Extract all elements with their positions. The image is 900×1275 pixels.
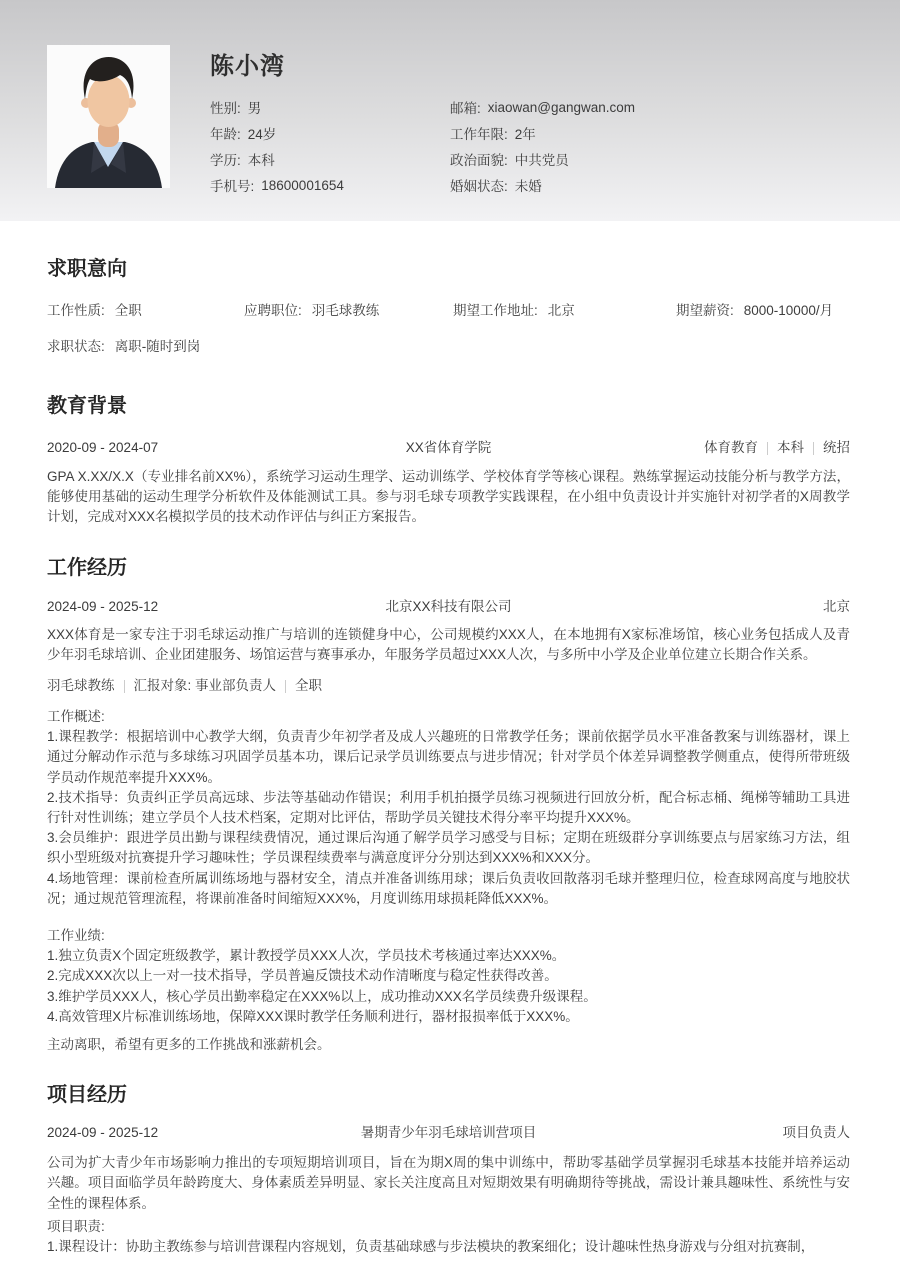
resume-page: 陈小湾 性别: 男 年龄: 24岁 学历: 本科 手机号: 1860000165…: [0, 0, 900, 1275]
education-period: 2020-09 - 2024-07: [47, 438, 406, 458]
work-overview: 工作概述: 1.课程教学：根据培训中心教学大纲，负责青少年初学者及成人兴趣班的日…: [47, 707, 850, 909]
education-degree: 本科: [777, 438, 804, 458]
field-value: 北京: [548, 301, 575, 321]
field-label: 求职状态:: [47, 337, 105, 357]
work-report-to: 汇报对象: 事业部负责人: [134, 676, 277, 696]
field-label: 婚姻状态:: [450, 175, 508, 195]
divider: [813, 442, 814, 455]
project-role: 项目负责人: [536, 1123, 850, 1143]
intent-field-position: 应聘职位: 羽毛球教练: [244, 301, 453, 321]
field-value: 18600001654: [261, 178, 344, 193]
project-period: 2024-09 - 2025-12: [47, 1123, 361, 1143]
work-employment-type: 全职: [295, 676, 322, 696]
field-value: 离职-随时到岗: [115, 337, 201, 357]
section-title-work: 工作经历: [47, 555, 850, 582]
info-field-experience-years: 工作年限: 2年: [450, 120, 850, 146]
field-label: 期望薪资:: [676, 301, 734, 321]
field-label: 政治面貌:: [450, 149, 508, 169]
candidate-name: 陈小湾: [210, 52, 850, 81]
work-leaving-reason: 主动离职，希望有更多的工作挑战和涨薪机会。: [47, 1035, 850, 1055]
field-label: 性别:: [210, 97, 241, 117]
field-value: 24岁: [248, 123, 277, 143]
education-school: XX省体育学院: [406, 438, 492, 458]
section-title-education: 教育背景: [47, 393, 850, 420]
info-field-marital-status: 婚姻状态: 未婚: [450, 172, 850, 198]
personal-info-grid: 性别: 男 年龄: 24岁 学历: 本科 手机号: 18600001654 邮箱…: [210, 94, 850, 198]
field-value: 羽毛球教练: [312, 301, 380, 321]
project-entry-row: 2024-09 - 2025-12 暑期青少年羽毛球培训营项目 项目负责人: [47, 1123, 850, 1143]
intent-field-job-type: 工作性质: 全职: [47, 301, 244, 321]
field-label: 年龄:: [210, 123, 241, 143]
info-field-degree: 学历: 本科: [210, 146, 450, 172]
field-label: 工作性质:: [47, 301, 105, 321]
intent-field-status: 求职状态: 离职-随时到岗: [47, 337, 850, 357]
field-value: 未婚: [515, 175, 542, 195]
field-value: 2年: [515, 123, 536, 143]
work-position-row: 羽毛球教练 汇报对象: 事业部负责人 全职: [47, 676, 850, 696]
info-field-political-status: 政治面貌: 中共党员: [450, 146, 850, 172]
field-value: 男: [248, 97, 262, 117]
work-entry-row: 2024-09 - 2025-12 北京XX科技有限公司 北京: [47, 597, 850, 617]
project-intro: 公司为扩大青少年市场影响力推出的专项短期培训项目，旨在为期X周的集中训练中，帮助…: [47, 1153, 850, 1214]
info-field-phone: 手机号: 18600001654: [210, 172, 450, 198]
field-label: 手机号:: [210, 175, 254, 195]
resume-body: 求职意向 工作性质: 全职 应聘职位: 羽毛球教练 期望工作地址: 北京 期望薪…: [0, 256, 900, 1257]
education-major: 体育教育: [704, 438, 758, 458]
field-value: 全职: [115, 301, 142, 321]
field-value: 本科: [248, 149, 275, 169]
work-period: 2024-09 - 2025-12: [47, 597, 385, 617]
section-job-intent: 求职意向 工作性质: 全职 应聘职位: 羽毛球教练 期望工作地址: 北京 期望薪…: [47, 256, 850, 357]
field-value: xiaowan@gangwan.com: [488, 100, 635, 115]
section-work-experience: 工作经历 2024-09 - 2025-12 北京XX科技有限公司 北京 XXX…: [47, 555, 850, 1056]
field-label: 工作年限:: [450, 123, 508, 143]
section-education: 教育背景 2020-09 - 2024-07 XX省体育学院 体育教育 本科 统…: [47, 393, 850, 528]
section-title-job-intent: 求职意向: [47, 256, 850, 283]
education-description: GPA X.XX/X.X（专业排名前XX%），系统学习运动生理学、运动训练学、学…: [47, 467, 850, 528]
education-enrollment-type: 统招: [823, 438, 850, 458]
field-label: 学历:: [210, 149, 241, 169]
field-value: 中共党员: [515, 149, 569, 169]
info-field-gender: 性别: 男: [210, 94, 450, 120]
field-label: 期望工作地址:: [453, 301, 538, 321]
info-field-email: 邮箱: xiaowan@gangwan.com: [450, 94, 850, 120]
info-field-age: 年龄: 24岁: [210, 120, 450, 146]
section-title-project: 项目经历: [47, 1082, 850, 1109]
project-name: 暑期青少年羽毛球培训营项目: [361, 1123, 537, 1143]
divider: [124, 680, 125, 693]
work-location: 北京: [512, 597, 851, 617]
education-meta: 体育教育 本科 统招: [491, 438, 850, 458]
section-project-experience: 项目经历 2024-09 - 2025-12 暑期青少年羽毛球培训营项目 项目负…: [47, 1082, 850, 1257]
company-intro: XXX体育是一家专注于羽毛球运动推广与培训的连锁健身中心，公司规模约XXX人，在…: [47, 625, 850, 665]
divider: [767, 442, 768, 455]
resume-header: 陈小湾 性别: 男 年龄: 24岁 学历: 本科 手机号: 1860000165…: [0, 0, 900, 221]
field-label: 邮箱:: [450, 97, 481, 117]
intent-field-salary: 期望薪资: 8000-10000/月: [676, 301, 850, 321]
field-value: 8000-10000/月: [744, 301, 833, 321]
project-duties: 项目职责: 1.课程设计：协助主教练参与培训营课程内容规划，负责基础球感与步法模…: [47, 1217, 850, 1257]
divider: [285, 680, 286, 693]
intent-field-location: 期望工作地址: 北京: [453, 301, 676, 321]
header-info: 陈小湾 性别: 男 年龄: 24岁 学历: 本科 手机号: 1860000165…: [210, 45, 850, 221]
portrait-photo-illustration: [47, 45, 170, 188]
field-label: 应聘职位:: [244, 301, 302, 321]
education-entry-row: 2020-09 - 2024-07 XX省体育学院 体育教育 本科 统招: [47, 438, 850, 458]
job-intent-grid: 工作性质: 全职 应聘职位: 羽毛球教练 期望工作地址: 北京 期望薪资: 80…: [47, 301, 850, 357]
work-company: 北京XX科技有限公司: [385, 597, 511, 617]
portrait-photo: [47, 45, 170, 188]
work-position: 羽毛球教练: [47, 676, 115, 696]
work-achievements: 工作业绩: 1.独立负责X个固定班级教学，累计教授学员XXX人次，学员技术考核通…: [47, 926, 850, 1027]
